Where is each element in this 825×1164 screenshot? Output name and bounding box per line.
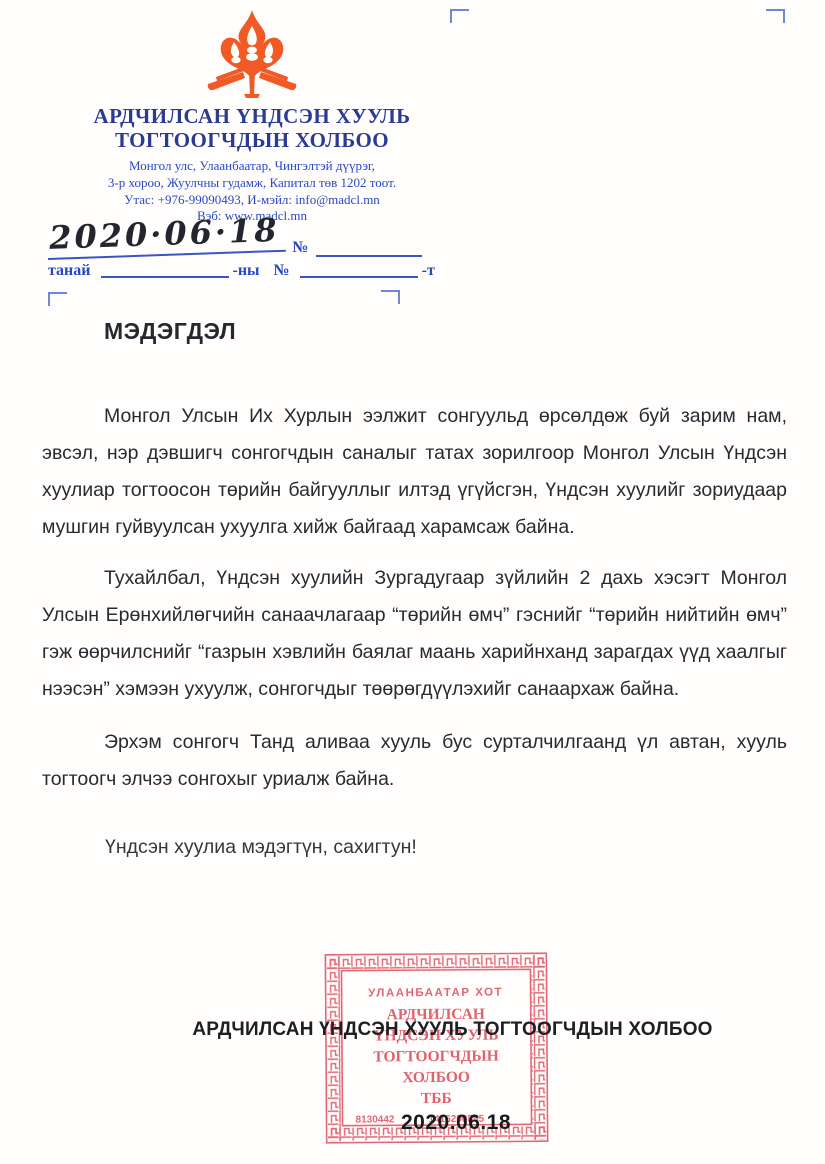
stamp-reg-number: 8130442 [355,1114,394,1125]
handwritten-date: 2020·06·18 [47,211,287,260]
paragraph: Тухайлбал, Үндсэн хуулийн Зургадугаар зү… [42,560,787,708]
ref-recipient-row: танай -ны № -т [48,259,440,281]
address-line: Утас: +976-99090493, И-мэйл: info@madcl.… [52,192,452,209]
stamp-org-line: ТББ [421,1090,452,1107]
corner-mark-icon [766,9,785,23]
blank-line [300,275,418,278]
blank-line [316,254,422,257]
stamp-org-line: ТОГТООГЧДЫН [373,1048,499,1066]
suffix-ny: -ны [233,262,260,281]
org-name: АРДЧИЛСАН ҮНДСЭН ХУУЛЬ ТОГТООГЧДЫН ХОЛБО… [52,104,452,152]
org-name-line2: ТОГТООГЧДЫН ХОЛБОО [52,128,452,152]
blank-line [101,275,229,278]
doc-title: МЭДЭГДЭЛ [104,318,236,345]
scanned-letter-page: АРДЧИЛСАН ҮНДСЭН ХУУЛЬ ТОГТООГЧДЫН ХОЛБО… [0,0,825,1164]
org-name-line1: АРДЧИЛСАН ҮНДСЭН ХУУЛЬ [52,104,452,128]
flame-over-open-book-emblem-icon [196,8,308,100]
corner-mark-icon [450,9,469,23]
paragraph: Монгол Улсын Их Хурлын ээлжит сонгуульд … [42,398,787,546]
number-sign: № [286,239,316,260]
corner-mark-icon [48,292,67,306]
closing-slogan: Үндсэн хуулиа мэдэгтүн, сахигтун! [105,836,417,859]
letterhead: АРДЧИЛСАН ҮНДСЭН ХУУЛЬ ТОГТООГЧДЫН ХОЛБО… [52,8,452,225]
footer-org-name: АРДЧИЛСАН ҮНДСЭН ХУУЛЬ ТОГТООГЧДЫН ХОЛБО… [120,1019,785,1041]
ref-date-row: 2020·06·18 № [48,218,422,260]
recipient-label: танай [48,262,91,281]
letter-body: Монгол Улсын Их Хурлын ээлжит сонгуульд … [42,398,787,810]
number-sign: № [260,262,290,281]
stamp-org-line: ХОЛБОО [402,1069,470,1086]
stamp-city: УЛААНБААТАР ХОТ [368,987,503,1000]
address-line: Монгол улс, Улаанбаатар, Чингэлтэй дүүрэ… [52,158,452,175]
footer-date: 2020.06.18 [401,1111,511,1135]
address-line: 3-р хороо, Жуулчны гудамж, Капитал төв 1… [52,175,452,192]
paragraph: Эрхэм сонгогч Танд аливаа хууль бус сурт… [42,724,787,798]
suffix-t: -т [422,262,435,281]
corner-mark-icon [381,290,400,304]
